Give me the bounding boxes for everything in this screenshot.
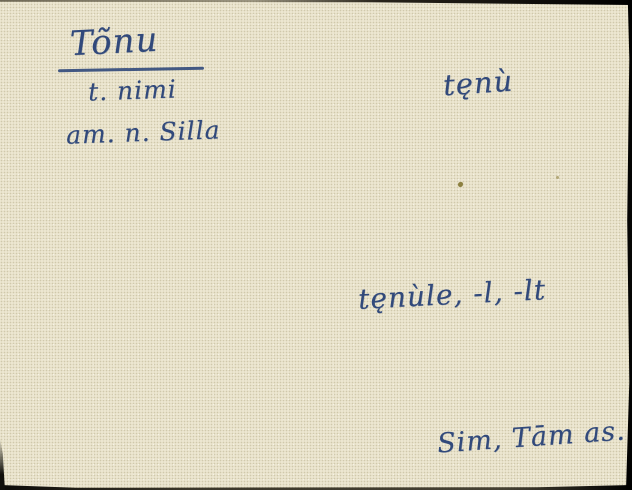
phonetic-form: tęnù: [442, 64, 514, 103]
scan-edge-top: [0, 0, 632, 5]
official-name-note: am. n. Silla: [66, 115, 221, 149]
scan-edge-right: [626, 0, 632, 490]
paper-speck-small: [556, 176, 559, 179]
card-title: Tõnu: [69, 20, 159, 65]
title-underline: [58, 67, 204, 73]
paper-speck: [458, 182, 463, 187]
parish-note: Sim, Tām as.: [436, 415, 626, 459]
index-card: Tõnu t. nimi am. n. Silla tęnù tęnùle, -…: [0, 0, 632, 490]
name-type-label: t. nimi: [88, 74, 178, 106]
scan-edge-bottom-left: [0, 438, 7, 490]
scan-edge-bottom: [0, 485, 632, 490]
phonetic-case-forms: tęnùle, -l, -lt: [357, 273, 547, 316]
